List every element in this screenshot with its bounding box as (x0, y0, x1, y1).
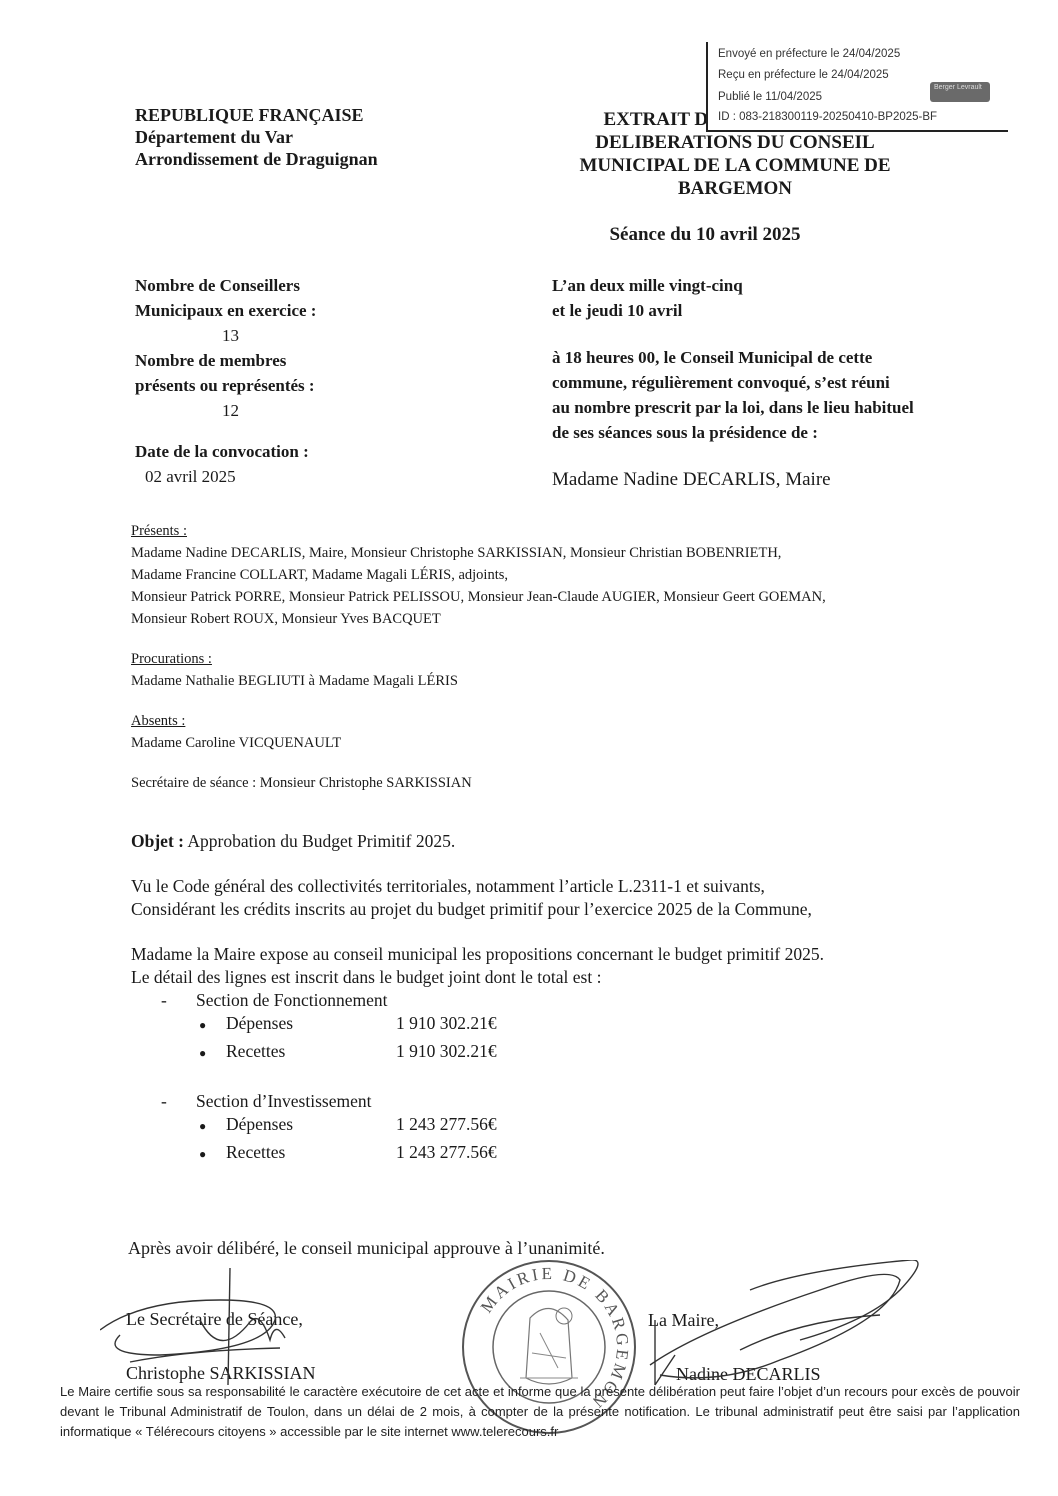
preamble-year: L’an deux mille vingt-cinq (552, 273, 914, 298)
absents-text: Madame Caroline VICQUENAULT (131, 732, 826, 754)
berger-levrault-logo: Berger Levrault (930, 82, 990, 102)
preamble-line-3: à 18 heures 00, le Conseil Municipal de … (552, 345, 914, 370)
conseillers-label: Nombre de Conseillers (135, 273, 316, 298)
absents-block: Absents : Madame Caroline VICQUENAULT (131, 710, 826, 754)
conseillers-label-2: Municipaux en exercice : (135, 298, 316, 323)
presents-block: Présents : Madame Nadine DECARLIS, Maire… (131, 520, 826, 630)
budget-section-fonctionnement: -Section de Fonctionnement ●Dépenses1 91… (131, 989, 1011, 1068)
convocation-date: 02 avril 2025 (135, 464, 316, 489)
presents-line: Monsieur Robert ROUX, Monsieur Yves BACQ… (131, 608, 826, 630)
row-value: 1 243 277.56€ (396, 1141, 497, 1164)
budget-section-investissement: -Section d’Investissement ●Dépenses1 243… (131, 1090, 1011, 1169)
published-date: Publié le 11/04/2025 (718, 91, 822, 103)
procurations-text: Madame Nathalie BEGLIUTI à Madame Magali… (131, 670, 826, 692)
bullet-icon: ● (131, 1143, 226, 1166)
section-title: Section de Fonctionnement (196, 989, 388, 1012)
convocation-label: Date de la convocation : (135, 439, 316, 464)
seance-title: Séance du 10 avril 2025 (540, 224, 870, 246)
presents-line: Monsieur Patrick PORRE, Monsieur Patrick… (131, 586, 826, 608)
legal-notice: Le Maire certifie sous sa responsabilité… (60, 1382, 1020, 1442)
row-label: Dépenses (226, 1113, 396, 1136)
bullet-icon: ● (131, 1042, 226, 1065)
budget-row: ●Dépenses1 910 302.21€ (131, 1012, 1011, 1040)
presents-line: Madame Nadine DECARLIS, Maire, Monsieur … (131, 542, 826, 564)
absents-label: Absents : (131, 710, 826, 732)
secretary-title: Le Secrétaire de Séance, (126, 1292, 316, 1346)
objet-label: Objet : (131, 831, 184, 851)
membres-label: Nombre de membres (135, 348, 316, 373)
arrondissement: Arrondissement de Draguignan (135, 148, 378, 170)
attendance: Présents : Madame Nadine DECARLIS, Maire… (131, 520, 826, 794)
sent-date: Envoyé en préfecture le 24/04/2025 (718, 48, 900, 60)
budget-row: ●Recettes1 910 302.21€ (131, 1040, 1011, 1068)
department: Département du Var (135, 126, 378, 148)
membres-label-2: présents ou représentés : (135, 373, 316, 398)
secretaire-text: Secrétaire de séance : Monsieur Christop… (131, 772, 826, 794)
commune-name: BARGEMON (540, 177, 930, 200)
section-title: Section d’Investissement (196, 1090, 371, 1113)
objet: Objet : Approbation du Budget Primitif 2… (131, 830, 1011, 853)
mayor-title: La Maire, (648, 1293, 820, 1347)
objet-text: Approbation du Budget Primitif 2025. (184, 831, 455, 851)
bullet-icon: ● (131, 1014, 226, 1037)
session-preamble: L’an deux mille vingt-cinq et le jeudi 1… (552, 273, 914, 492)
row-label: Recettes (226, 1040, 396, 1063)
dash-icon: - (131, 989, 196, 1012)
presents-label: Présents : (131, 520, 826, 542)
procurations-label: Procurations : (131, 648, 826, 670)
row-value: 1 243 277.56€ (396, 1113, 497, 1136)
issuer-header: REPUBLIQUE FRANÇAISE Département du Var … (135, 104, 378, 170)
preamble-line-4: commune, régulièrement convoqué, s’est r… (552, 370, 914, 395)
expose-line-1: Madame la Maire expose au conseil munici… (131, 943, 1011, 966)
republic-title: REPUBLIQUE FRANÇAISE (135, 104, 378, 126)
budget-row: ●Recettes1 243 277.56€ (131, 1141, 1011, 1169)
title-line-3: MUNICIPAL DE LA COMMUNE DE (540, 154, 930, 177)
prefecture-stamp: Envoyé en préfecture le 24/04/2025 Reçu … (706, 42, 1008, 132)
row-value: 1 910 302.21€ (396, 1012, 497, 1035)
procurations-block: Procurations : Madame Nathalie BEGLIUTI … (131, 648, 826, 692)
row-label: Recettes (226, 1141, 396, 1164)
title-line-2: DELIBERATIONS DU CONSEIL (540, 131, 930, 154)
row-label: Dépenses (226, 1012, 396, 1035)
presents-line: Madame Francine COLLART, Madame Magali L… (131, 564, 826, 586)
bullet-icon: ● (131, 1115, 226, 1138)
preamble-line-6: de ses séances sous la présidence de : (552, 420, 914, 445)
council-counts: Nombre de Conseillers Municipaux en exer… (135, 273, 316, 489)
preamble-line-5: au nombre prescrit par la loi, dans le l… (552, 395, 914, 420)
received-date: Reçu en préfecture le 24/04/2025 (718, 69, 889, 81)
dash-icon: - (131, 1090, 196, 1113)
deliberation-body: Objet : Approbation du Budget Primitif 2… (131, 830, 1011, 1169)
preamble-day: et le jeudi 10 avril (552, 298, 914, 323)
expose-line-2: Le détail des lignes est inscrit dans le… (131, 966, 1011, 989)
budget-row: ●Dépenses1 243 277.56€ (131, 1113, 1011, 1141)
conclusion: Après avoir délibéré, le conseil municip… (128, 1238, 605, 1259)
president-name: Madame Nadine DECARLIS, Maire (552, 467, 914, 492)
act-id: ID : 083-218300119-20250410-BP2025-BF (718, 111, 937, 123)
vu-line-2: Considérant les crédits inscrits au proj… (131, 898, 1011, 921)
conseillers-count: 13 (135, 323, 316, 348)
vu-line-1: Vu le Code général des collectivités ter… (131, 875, 1011, 898)
row-value: 1 910 302.21€ (396, 1040, 497, 1063)
membres-count: 12 (135, 398, 316, 423)
